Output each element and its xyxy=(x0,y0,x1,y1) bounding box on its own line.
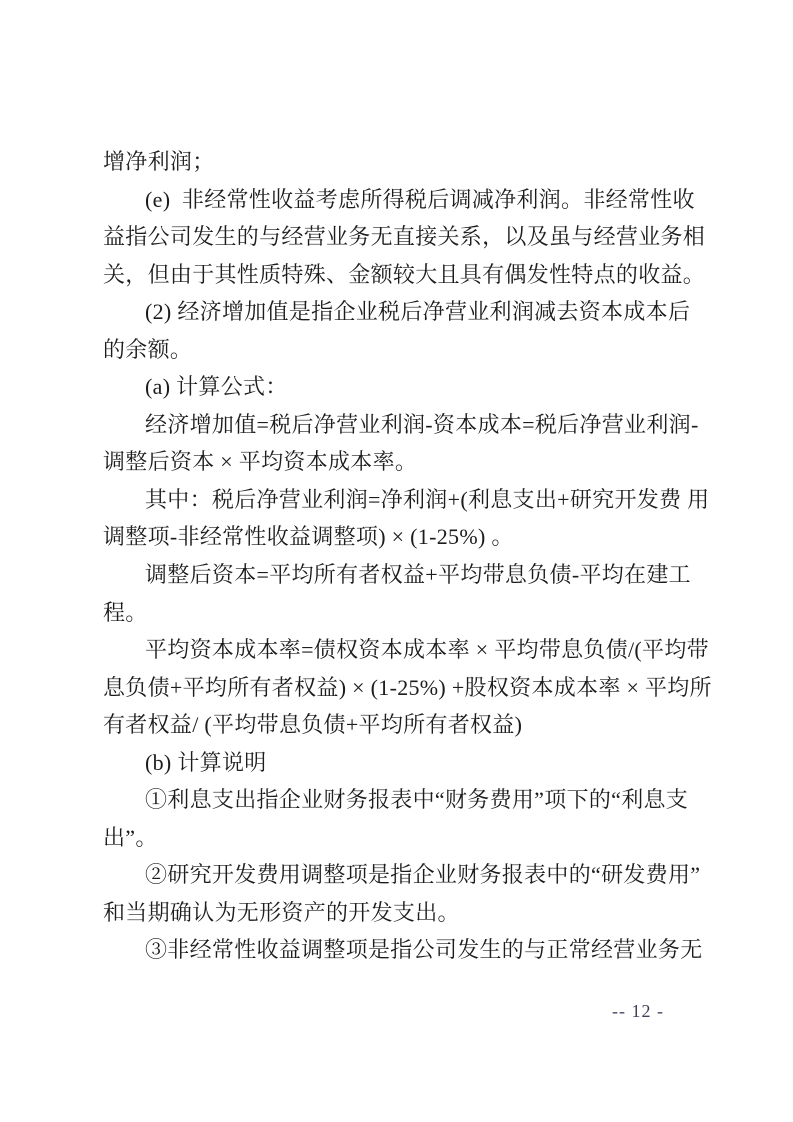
text-line: 经济增加值=税后净营业利润-资本成本=税后净营业利润- xyxy=(103,406,703,444)
text-line: (2) 经济增加值是指企业税后净营业利润减去资本成本后 xyxy=(103,293,703,331)
text-line: (e) 非经常性收益考虑所得税后调减净利润。非经常性收 xyxy=(103,181,703,219)
text-line: (a) 计算公式： xyxy=(103,368,703,406)
text-line: 增净利润； xyxy=(103,143,703,181)
text-line: 平均资本成本率=债权资本成本率 × 平均带息负债/(平均带 xyxy=(103,631,703,669)
text-line: 程。 xyxy=(103,594,703,632)
text-line: 息负债+平均所有者权益) × (1-25%) +股权资本成本率 × 平均所 xyxy=(103,669,703,707)
text-line: ①利息支出指企业财务报表中“财务费用”项下的“利息支 xyxy=(103,781,703,819)
text-line: 调整项-非经常性收益调整项) × (1-25%) 。 xyxy=(103,518,703,556)
text-line: (b) 计算说明 xyxy=(103,744,703,782)
text-line: 其中：税后净营业利润=净利润+(利息支出+研究开发费 用 xyxy=(103,481,703,519)
text-line: 和当期确认为无形资产的开发支出。 xyxy=(103,894,703,932)
text-line: ②研究开发费用调整项是指企业财务报表中的“研发费用” xyxy=(103,856,703,894)
text-line: 的余额。 xyxy=(103,331,703,369)
document-body: 增净利润；(e) 非经常性收益考虑所得税后调减净利润。非经常性收益指公司发生的与… xyxy=(103,143,703,969)
text-line: 调整后资本=平均所有者权益+平均带息负债-平均在建工 xyxy=(103,556,703,594)
text-line: 调整后资本 × 平均资本成本率。 xyxy=(103,443,703,481)
text-line: ③非经常性收益调整项是指公司发生的与正常经营业务无 xyxy=(103,931,703,969)
page: 增净利润；(e) 非经常性收益考虑所得税后调减净利润。非经常性收益指公司发生的与… xyxy=(0,0,793,1122)
text-line: 出”。 xyxy=(103,819,703,857)
text-line: 益指公司发生的与经营业务无直接关系，以及虽与经营业务相 xyxy=(103,218,703,256)
text-line: 有者权益/ (平均带息负债+平均所有者权益) xyxy=(103,706,703,744)
text-line: 关，但由于其性质特殊、金额较大且具有偶发性特点的收益。 xyxy=(103,256,703,294)
page-number: -- 12 - xyxy=(612,1000,664,1022)
